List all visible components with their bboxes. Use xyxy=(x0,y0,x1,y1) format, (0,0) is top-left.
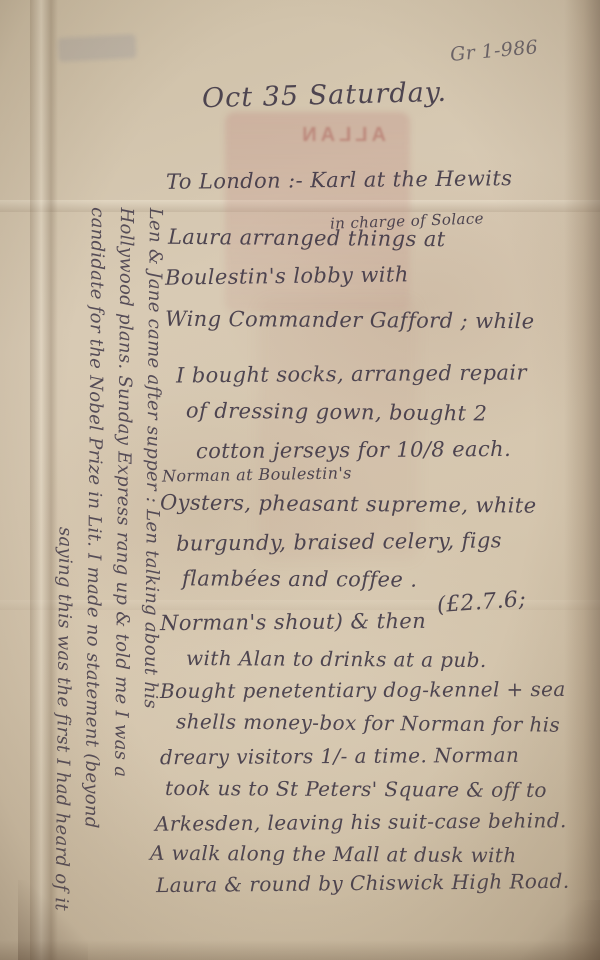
diary-line: dreary visitors 1/- a time. Norman xyxy=(160,743,519,770)
diary-line: Oysters, pheasant supreme, white xyxy=(160,490,537,517)
diary-line: of dressing gown, bought 2 xyxy=(186,398,488,425)
diary-line: flambées and coffee . xyxy=(182,566,418,591)
diary-line: took us to St Peters' Square & off to xyxy=(165,776,547,802)
diary-line: I bought socks, arranged repair xyxy=(176,360,527,387)
diary-line: Laura arranged things at xyxy=(168,225,446,251)
diary-line: Norman's shout) & then xyxy=(160,609,426,635)
diary-line: Laura & round by Chiswick High Road. xyxy=(156,869,570,897)
right-page-edge-shadow xyxy=(564,0,600,960)
bottom-right-corner-crease xyxy=(510,900,600,960)
diary-line: Bought penetentiary dog-kennel + sea xyxy=(160,677,566,703)
entry-date-title: Oct 35 Saturday. xyxy=(202,77,448,114)
diary-line: burgundy, braised celery, figs xyxy=(176,528,502,555)
diary-page-scan: ALLAN Gr 1-986 Oct 35 Saturday. To Londo… xyxy=(0,0,600,960)
diary-line: with Alan to drinks at a pub. xyxy=(186,646,487,672)
diary-line: Wing Commander Gafford ; while xyxy=(165,307,535,334)
diary-line: Boulestin's lobby with xyxy=(165,262,409,289)
faint-stamp-mark xyxy=(57,34,136,62)
rotated-margin-note: Len & Jane came after supper : Len talki… xyxy=(47,207,170,908)
meal-price-note: (£2.7.6; xyxy=(436,587,527,618)
show-through-mirrored-text: ALLAN xyxy=(266,124,386,147)
diary-line: cotton jerseys for 10/8 each. xyxy=(196,437,511,463)
ink-show-through-stain-lower xyxy=(258,300,418,560)
diary-line: Arkesden, leaving his suit-case behind. xyxy=(155,808,567,836)
diary-line: A walk along the Mall at dusk with xyxy=(150,841,517,868)
diary-line: shells money-box for Norman for his xyxy=(176,709,560,736)
diary-interline-insertion: Norman at Boulestin's xyxy=(162,463,352,485)
diary-line: To London :- Karl at the Hewits xyxy=(166,166,513,194)
archive-mark: Gr 1-986 xyxy=(449,36,539,66)
